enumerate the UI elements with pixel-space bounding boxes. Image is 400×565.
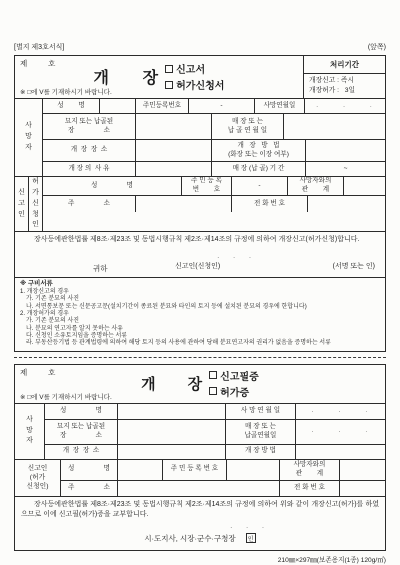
grave-place-label: 묘지 또는 납골된 장 소 — [43, 114, 135, 139]
form2-deceased-section: 사망자 성 명 사 망 연 월 일 . . . 묘지 또는 납골된 장 소 매 … — [15, 403, 385, 459]
reburial-method-field[interactable] — [305, 140, 385, 161]
form2-options: 신고필증 허가증 — [209, 368, 259, 399]
processing-report-line: 개장신고 : 즉시 — [309, 76, 385, 86]
form-page: [별지 제3호서식] (앞쪽) 제 호 개 장 신고서 — [0, 0, 400, 565]
form2-applicant-name-field[interactable] — [117, 460, 162, 480]
applicant-address-label: 주 소 — [43, 196, 135, 212]
applicant-phone-field[interactable] — [307, 196, 385, 212]
form2-applicant-address-field[interactable] — [117, 481, 279, 496]
grave-place-field[interactable] — [135, 114, 211, 139]
recipient-label: 귀하 — [93, 263, 108, 274]
form2-deceased-name-row: 성 명 사 망 연 월 일 . . . — [45, 404, 385, 419]
form2-applicant-phone-field[interactable] — [339, 481, 385, 496]
processing-permit-line: 개장허가 : 3일 — [309, 86, 385, 96]
form1-check-note: ※ □에 V를 기재하시기 바랍니다. — [15, 85, 112, 98]
form2-declaration: 장사등에관한법률 제8조·제23조 및 동법시행규칙 제2조·제14조의 규정에… — [15, 496, 385, 550]
reburial-place-label: 개 장 장 소 — [43, 140, 135, 161]
form1-deceased-section: 사망자 성 명 주민등록번호 - 사망연월일 . . . 묘지 또는 납골된 장… — [15, 98, 385, 176]
processing-period-body: 개장신고 : 즉시 개장허가 : 3일 — [304, 74, 385, 98]
reburial-place-field[interactable] — [135, 140, 211, 161]
form2-deceased-group-label: 사망자 — [15, 404, 45, 459]
applicant-address-field[interactable] — [135, 196, 231, 212]
applicant-group-label-2: 허가신청인 — [29, 177, 43, 231]
issuing-authority: 시·도지사, 시장·군수·구청장 — [144, 533, 235, 544]
form2-reburial-place-field[interactable] — [117, 445, 225, 459]
certificate-form: 제 호 개 장 신고필증 허가증 ※ — [14, 364, 386, 551]
deceased-name-field[interactable] — [99, 99, 135, 113]
form2-header-left: 제 호 개 장 신고필증 허가증 ※ — [15, 365, 385, 403]
applicant-relation-field[interactable] — [343, 177, 385, 195]
form1-option-permit: 허가신청서 — [165, 77, 224, 92]
deceased-rrn-label: 주민등록번호 — [135, 99, 188, 113]
applicant-group-label-1-text: 신고인 — [17, 188, 26, 221]
deceased-death-date-label: 사망연월일 — [254, 99, 304, 113]
applicant-rrn-field[interactable]: - — [231, 177, 287, 195]
form2-applicant-group-label-text: 신고인 (허가 신청인) — [21, 464, 55, 492]
form1-header: 제 호 개 장 신고서 허가신청서 — [15, 56, 385, 98]
form2-grave-row: 묘지 또는 납골된 장 소 매 장 또 는 납골연월일 . . . — [45, 419, 385, 444]
cut-separator — [14, 357, 386, 358]
form2-applicant-phone-label: 전 화 번 호 — [279, 481, 339, 496]
report-certificate-checkbox[interactable] — [209, 371, 217, 379]
doc-line: 가. 기존 분묘의 사진 — [20, 318, 380, 325]
deceased-grave-row: 묘지 또는 납골된 장 소 매 장 또 는 납 골 연 월 일 — [43, 113, 385, 139]
applicant-group-label-2-text: 허가신청인 — [31, 177, 40, 231]
form2-title: 개 장 — [141, 373, 203, 394]
form2-option-permit-cert: 허가증 — [209, 384, 259, 399]
permit-application-checkbox[interactable] — [165, 81, 173, 89]
burial-date-field[interactable] — [283, 114, 385, 139]
reburial-place-row: 개 장 장 소 개 장 방 법 (화장 또는 이장 여부) — [43, 139, 385, 161]
form2-method-field[interactable] — [295, 445, 385, 459]
form1-date-dots: . . . — [217, 253, 257, 260]
deceased-group-label: 사망자 — [15, 99, 43, 176]
permit-certificate-checkbox[interactable] — [209, 387, 217, 395]
form2-applicant-label-line: 신고인 — [21, 464, 55, 473]
deceased-death-date-field[interactable]: . . . — [304, 99, 385, 113]
applicant-rrn-label: 주 민 등 록 번 호 — [181, 177, 231, 195]
form2-deceased-name-field[interactable] — [117, 404, 225, 419]
form2-applicant-name-label: 성 명 — [61, 460, 117, 480]
form2-reburial-row: 개 장 장 소 개 장 방 법 — [45, 444, 385, 459]
burial-date-label: 매 장 또 는 납 골 연 월 일 — [211, 114, 283, 139]
processing-period-title: 처리기간 — [304, 56, 385, 74]
reburial-reason-field[interactable] — [135, 162, 211, 176]
form2-deceased-rows: 성 명 사 망 연 월 일 . . . 묘지 또는 납골된 장 소 매 장 또 … — [45, 404, 385, 459]
doc-line: 가. 기존 분묘의 사진 — [20, 296, 380, 303]
required-documents-heading: ※ 구비서류 — [20, 280, 380, 288]
form-reference: [별지 제3호서식] — [14, 42, 64, 52]
required-documents: ※ 구비서류 1. 개장신고의 경우 가. 기존 분묘의 사진 나. 서면통보문… — [15, 277, 385, 350]
reburial-reason-label: 개 장 의 사 유 — [43, 162, 135, 176]
application-form: 제 호 개 장 신고서 허가신청서 — [14, 55, 386, 352]
form2-applicant-relation-field[interactable] — [339, 460, 385, 480]
form2-burial-date-label: 매 장 또 는 납골연월일 — [225, 420, 295, 444]
form2-grave-place-field[interactable] — [117, 420, 225, 444]
form1-applicant-section: 신고인 허가신청인 성 명 주 민 등 록 번 호 - 사망자와의 관 계 주 — [15, 176, 385, 231]
report-checkbox[interactable] — [165, 65, 173, 73]
form2-death-date-field[interactable]: . . . — [295, 404, 385, 419]
reburial-reason-row: 개 장 의 사 유 매 장 (납 골) 기 간 ~ — [43, 161, 385, 176]
burial-period-label: 매 장 (납 골) 기 간 — [211, 162, 305, 176]
form1-header-left: 제 호 개 장 신고서 허가신청서 — [15, 56, 303, 98]
form2-applicant-relation-label: 사망자와의 관 계 — [279, 460, 339, 480]
form2-deceased-group-label-text: 사망자 — [25, 415, 34, 448]
form2-applicant-label-line: 신청인) — [21, 482, 55, 491]
form2-header: 제 호 개 장 신고필증 허가증 ※ — [15, 365, 385, 403]
applicant-name-label: 성 명 — [43, 177, 181, 195]
form2-applicant-section: 신고인 (허가 신청인) 성 명 주 민 등 록 번 호 사망자와의 관 계 — [15, 459, 385, 496]
form2-method-label: 개 장 방 법 — [225, 445, 295, 459]
deceased-name-label: 성 명 — [43, 99, 99, 113]
form2-applicant-rrn-field[interactable] — [226, 460, 279, 480]
applicant-group-label-1: 신고인 — [15, 177, 29, 231]
form1-deceased-rows: 성 명 주민등록번호 - 사망연월일 . . . 묘지 또는 납골된 장 소 매… — [43, 99, 385, 176]
form1-option-report: 신고서 — [165, 61, 224, 76]
deceased-rrn-field[interactable]: - — [188, 99, 254, 113]
form2-applicant-address-label: 주 소 — [61, 481, 117, 496]
form2-applicant-name-row: 성 명 주 민 등 록 번 호 사망자와의 관 계 — [61, 460, 385, 480]
form2-reburial-place-label: 개 장 장 소 — [45, 445, 117, 459]
form2-doc-number: 제 호 — [20, 367, 55, 378]
form2-deceased-name-label: 성 명 — [45, 404, 117, 419]
form2-applicant-address-row: 주 소 전 화 번 호 — [61, 480, 385, 496]
page-meta: [별지 제3호서식] (앞쪽) — [14, 42, 386, 52]
form2-applicant-label-line: (허가 — [21, 473, 55, 482]
form2-date-dots: . . . — [230, 523, 270, 530]
sign-or-seal-note: (서명 또는 인) — [333, 261, 375, 271]
form2-grave-place-label: 묘지 또는 납골된 장 소 — [45, 420, 117, 444]
applicant-address-row: 주 소 전 화 번 호 — [43, 195, 385, 212]
form2-option-report-cert: 신고필증 — [209, 368, 259, 383]
form1-declaration-text: 장사등에관한법률 제8조·제23조 및 동법시행규칙 제2조·제14조의 규정에… — [15, 232, 385, 246]
form2-applicant-rows: 성 명 주 민 등 록 번 호 사망자와의 관 계 주 소 전 화 번 호 — [61, 460, 385, 496]
burial-period-field[interactable]: ~ — [305, 162, 385, 176]
form1-doc-number: 제 호 — [20, 58, 55, 69]
form2-applicant-group-label: 신고인 (허가 신청인) — [15, 460, 61, 496]
issuing-authority-line: 시·도지사, 시장·군수·구청장 인 — [15, 533, 385, 544]
form2-check-note: ※ □에 V를 기재하시기 바랍니다. — [15, 390, 112, 403]
side-label: (앞쪽) — [368, 42, 386, 52]
form1-options: 신고서 허가신청서 — [165, 61, 224, 92]
deceased-group-label-text: 사망자 — [24, 121, 33, 154]
form1-applicant-rows: 성 명 주 민 등 록 번 호 - 사망자와의 관 계 주 소 전 화 번 호 — [43, 177, 385, 231]
deceased-name-row: 성 명 주민등록번호 - 사망연월일 . . . — [43, 99, 385, 113]
official-seal-icon: 인 — [246, 533, 256, 543]
permit-application-checkbox-label: 허가신청서 — [176, 77, 224, 92]
applicant-relation-label: 사망자와의 관 계 — [287, 177, 343, 195]
signer-label: 신고인(신청인) — [175, 261, 220, 271]
form2-death-date-label: 사 망 연 월 일 — [225, 404, 295, 419]
reburial-method-label: 개 장 방 법 (화장 또는 이장 여부) — [211, 140, 305, 161]
form2-declaration-text: 장사등에관한법률 제8조·제23조 및 동법시행규칙 제2조·제14조의 규정에… — [15, 497, 385, 521]
doc-line: 라. 부동산등기법 등 관계법령에 의하여 해당 토지 등의 사용에 관하여 당… — [20, 340, 380, 347]
applicant-phone-label: 전 화 번 호 — [231, 196, 307, 212]
permit-certificate-checkbox-label: 허가증 — [220, 384, 249, 399]
doc-line: 나. 분묘의 연고자를 알지 못하는 사유 — [20, 326, 380, 333]
report-checkbox-label: 신고서 — [176, 61, 205, 76]
form1-declaration: 장사등에관한법률 제8조·제23조 및 동법시행규칙 제2조·제14조의 규정에… — [15, 231, 385, 277]
form2-applicant-rrn-label: 주 민 등 록 번 호 — [162, 460, 226, 480]
report-certificate-checkbox-label: 신고필증 — [220, 368, 259, 383]
paper-spec: 210㎜×297㎜(보존용지(1종) 120g/㎡) — [14, 554, 386, 564]
form2-burial-date-field[interactable]: . . . — [295, 420, 385, 444]
doc-line: 나. 서면통보문 또는 신문공고문(설치기간이 종료된 분묘와 타인의 토지 등… — [20, 304, 380, 311]
form1-sign-line: 신고인(신청인) (서명 또는 인) — [175, 261, 375, 271]
applicant-name-row: 성 명 주 민 등 록 번 호 - 사망자와의 관 계 — [43, 177, 385, 195]
processing-period-box: 처리기간 개장신고 : 즉시 개장허가 : 3일 — [303, 56, 385, 98]
